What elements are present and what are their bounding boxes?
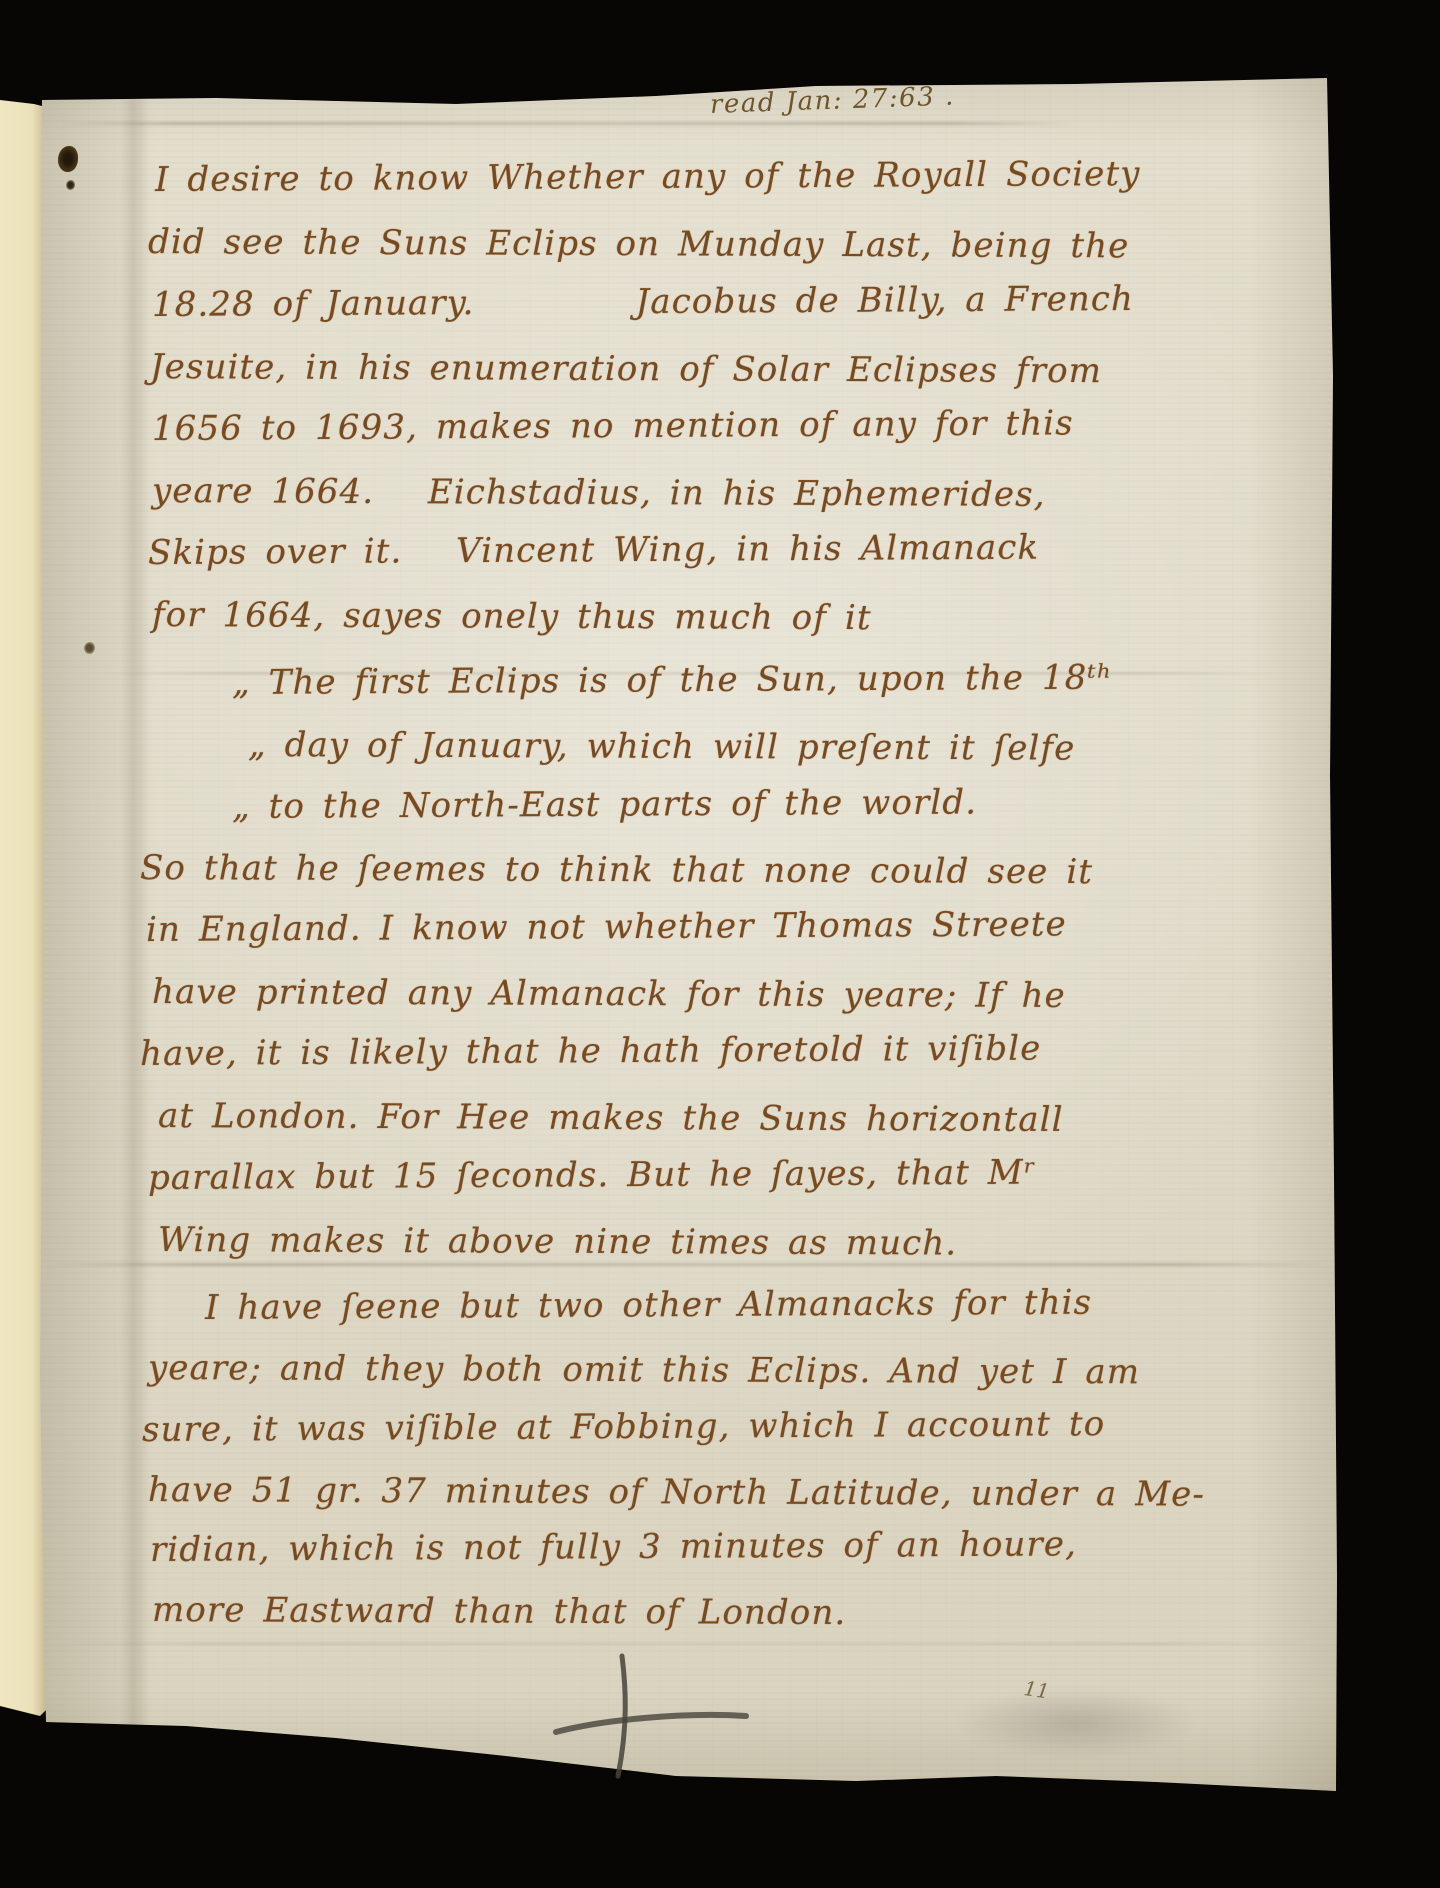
ink-blot: [58, 146, 78, 172]
letter-line: yeare 1664. Eichstadius, in his Ephemeri…: [152, 471, 1046, 515]
letter-line: have printed any Almanack for this yeare…: [152, 972, 1066, 1016]
folio-number: 11: [1022, 1676, 1051, 1703]
letter-line: parallax but 15 ſeconds. But he ſayes, t…: [148, 1153, 1037, 1198]
letter-line: I have ſeene but two other Almanacks for…: [205, 1283, 1092, 1328]
fold-crease: [56, 1642, 1316, 1645]
letter-line: have, it is likely that he hath foretold…: [140, 1028, 1042, 1074]
letter-line: sure, it was viſible at Fobbing, which I…: [142, 1404, 1105, 1450]
letter-line: at London. For Hee makes the Suns horizo…: [158, 1096, 1064, 1140]
fold-crease: [56, 122, 1076, 125]
fold-crease: [42, 1263, 1332, 1266]
letter-line: Jesuite, in his enumeration of Solar Ecl…: [150, 347, 1102, 391]
letter-line-quoted: „ to the North-East parts of the world.: [232, 782, 977, 827]
letter-line: So that he ſeemes to think that none cou…: [140, 848, 1093, 892]
letter-line: in England. I know not whether Thomas St…: [146, 904, 1067, 950]
smudge-mark: [956, 1688, 1196, 1758]
letter-line: 1656 to 1693, makes no mention of any fo…: [152, 403, 1074, 449]
letter-line: 18.28 of January. Jacobus de Billy, a Fr…: [152, 279, 1134, 325]
letter-line-quoted: „ day of January, which will preſent it …: [248, 725, 1076, 769]
pencil-cross-mark: [542, 1648, 762, 1788]
manuscript-scan: read Jan: 27:63 . I desire to know Wheth…: [0, 0, 1440, 1888]
letter-line-quoted: „ The first Eclips is of the Sun, upon t…: [232, 658, 1113, 703]
letter-line: I desire to know Whether any of the Roya…: [155, 154, 1141, 200]
letter-line: ridian, which is not fully 3 minutes of …: [150, 1524, 1077, 1570]
letter-line: Skips over it. Vincent Wing, in his Alma…: [148, 528, 1039, 573]
ink-blot: [84, 642, 95, 654]
letter-line: yeare; and they both omit this Eclips. A…: [148, 1348, 1140, 1392]
letter-line: have 51 gr. 37 minutes of North Latitude…: [148, 1470, 1205, 1515]
letter-line: Wing makes it above nine times as much.: [158, 1220, 957, 1263]
ink-blot: [66, 180, 75, 190]
letter-line: for 1664, sayes onely thus much of it: [152, 595, 872, 638]
letter-line: did see the Suns Eclips on Munday Last, …: [148, 222, 1130, 266]
letter-line: more Eastward than that of London.: [152, 1590, 846, 1633]
